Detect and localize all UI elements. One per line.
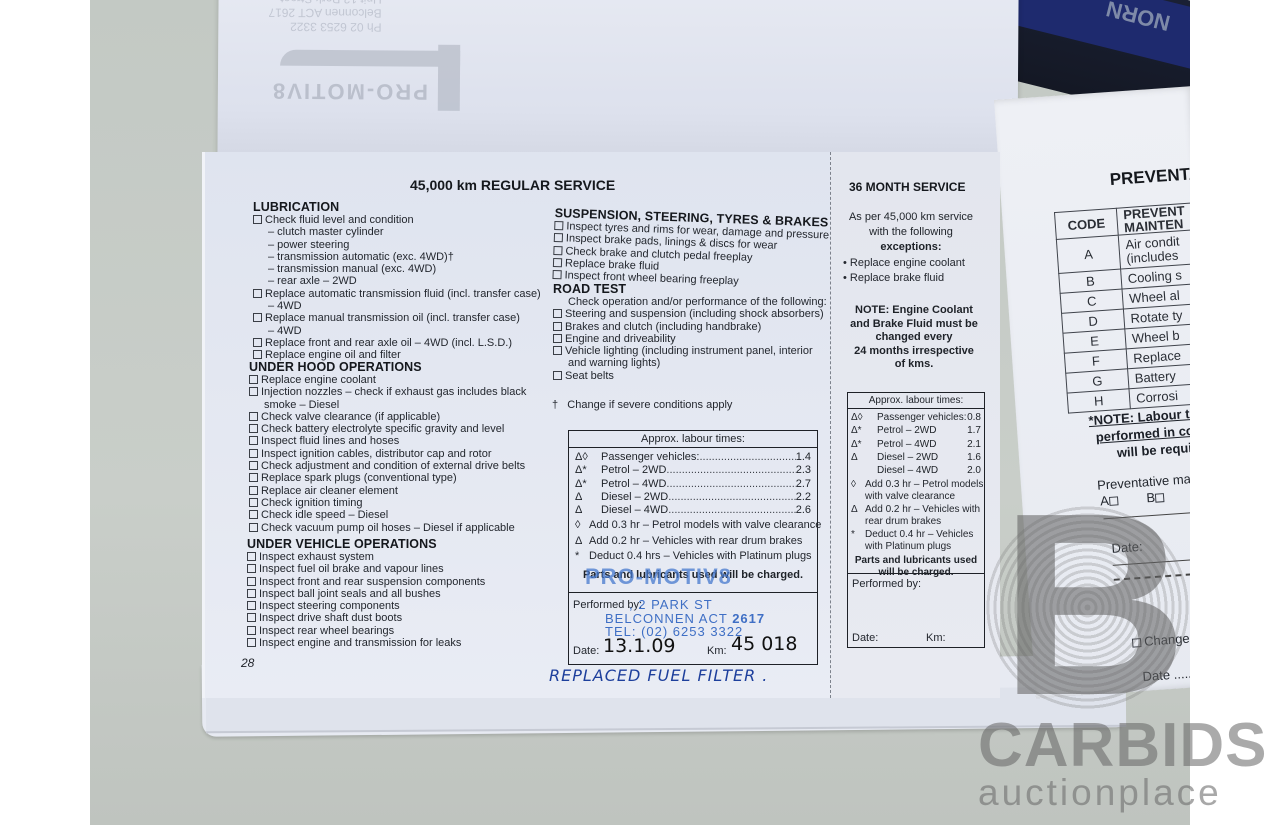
labour-row: Δ◊Passenger vehicles:1.4 [575, 451, 811, 464]
checkbox[interactable] [553, 322, 562, 331]
checklist-item-text: – rear axle – 2WD [268, 275, 357, 287]
checklist-item[interactable]: Inspect ball joint seals and all bushes [247, 588, 485, 600]
checklist-item[interactable]: Check battery electrolyte specific gravi… [249, 423, 526, 435]
labour-row: Diesel – 4WD2.0 [851, 464, 981, 477]
checklist-item-text: – power steering [268, 239, 349, 251]
date-label: Date: [573, 645, 599, 657]
checkbox[interactable] [553, 346, 562, 355]
watermark-letter: B [1000, 505, 1255, 710]
preventative-heading: PREVENTA [1109, 164, 1190, 190]
checklist-item-text: Inspect engine and transmission for leak… [259, 637, 461, 649]
labour-note: ◊Add 0.3 hr – Petrol modelswith valve cl… [851, 479, 981, 502]
checklist-item[interactable]: Replace manual transmission oil (incl. t… [253, 312, 541, 324]
checklist-item-text: – 4WD [268, 325, 302, 337]
checkbox[interactable] [553, 334, 562, 343]
checkbox[interactable] [552, 270, 561, 279]
checklist-item-text: Seat belts [565, 370, 614, 382]
checklist-item[interactable]: Vehicle lighting (including instrument p… [553, 345, 827, 357]
footnote: † Change if severe conditions apply [552, 399, 732, 411]
checklist-item-text: and warning lights) [568, 357, 660, 369]
checklist-item[interactable]: Engine and driveability [553, 333, 827, 345]
checklist-item[interactable]: Replace front and rear axle oil – 4WD (i… [253, 337, 541, 349]
checklist-item[interactable]: Steering and suspension (including shock… [553, 308, 827, 320]
checkbox[interactable] [247, 564, 256, 573]
labour-row: ΔDiesel – 4WD2.6 [575, 504, 811, 517]
road-test-section: ROAD TEST Check operation and/or perform… [553, 282, 827, 382]
km-label: Km: [926, 632, 946, 644]
checklist-item[interactable]: Inspect fluid lines and hoses [249, 435, 526, 447]
labour-row: Δ*Petrol – 4WD2.1 [851, 438, 981, 451]
suspension-section: SUSPENSION, STEERING, TYRES & BRAKES Ins… [552, 206, 829, 291]
checklist-item-text: – transmission automatic (exc. 4WD)† [268, 251, 454, 263]
checkbox[interactable] [553, 246, 562, 255]
checkbox[interactable] [249, 523, 258, 532]
checklist-item-text: Inspect fuel oil brake and vapour lines [259, 563, 444, 575]
checklist-item-text: Replace front and rear axle oil – 4WD (i… [265, 337, 512, 349]
checkbox[interactable] [553, 371, 562, 380]
checklist-item-text: Check valve clearance (if applicable) [261, 411, 440, 423]
checklist-item-text: Replace automatic transmission fluid (in… [265, 288, 541, 300]
under-hood-section: UNDER HOOD OPERATIONS Replace engine coo… [249, 360, 526, 534]
stamp-logo: PRO-MOTIV8 [585, 564, 732, 590]
labour-note: *NOTE: Labour tim performed in con will … [1088, 404, 1190, 463]
month36-labour-box: Approx. labour times: Δ◊Passenger vehicl… [847, 392, 985, 574]
checkbox[interactable] [247, 589, 256, 598]
labour-note: *Deduct 0.4 hr – Vehicleswith Platinum p… [851, 529, 981, 552]
checklist-item-text: Replace manual transmission oil (incl. t… [265, 312, 520, 324]
checklist-item: – transmission manual (exc. 4WD) [253, 263, 541, 275]
performed-label: Performed by: [852, 578, 921, 590]
checklist-item: – clutch master cylinder [253, 226, 541, 238]
checklist-item[interactable]: Check vacuum pump oil hoses – Diesel if … [249, 522, 526, 534]
watermark-tagline: auctionplace [978, 772, 1222, 814]
checklist-item[interactable]: Check valve clearance (if applicable) [249, 411, 526, 423]
labour-note: ◊Add 0.3 hr – Petrol models with valve c… [575, 519, 811, 532]
mirrored-logo: PRO-MOTIV8 [270, 40, 460, 111]
labour-heading: Approx. labour times: [569, 431, 817, 448]
checklist-item[interactable]: Check idle speed – Diesel [249, 509, 526, 521]
stamp-line1: , 2 PARK ST [629, 597, 713, 612]
checkbox[interactable] [247, 626, 256, 635]
checkbox[interactable] [249, 436, 258, 445]
col-preventative: PREVENTMAINTEN [1116, 199, 1190, 235]
month36-heading: 36 MONTH SERVICE [849, 180, 965, 194]
checkbox[interactable] [553, 258, 562, 267]
checklist-item-text: Replace engine coolant [261, 374, 376, 386]
checklist-item-text: smoke – Diesel [264, 399, 339, 411]
checklist-item[interactable]: Replace engine coolant [249, 374, 526, 386]
checklist-item[interactable]: Inspect engine and transmission for leak… [247, 637, 485, 649]
watermark-brand: CARBIDS [978, 710, 1267, 781]
checklist-item[interactable]: Inspect drive shaft dust boots [247, 612, 485, 624]
checklist-item-text: Check adjustment and condition of extern… [261, 460, 525, 472]
checkbox[interactable] [253, 289, 262, 298]
checkbox[interactable] [249, 387, 258, 396]
checklist-item[interactable]: Injection nozzles – check if exhaust gas… [249, 386, 526, 398]
checkbox[interactable] [249, 412, 258, 421]
checklist-item-text: Inspect ball joint seals and all bushes [259, 588, 441, 600]
left-page: 45,000 km REGULAR SERVICE LUBRICATION Ch… [202, 152, 842, 698]
checklist-item-text: Check idle speed – Diesel [261, 509, 388, 521]
checklist-item[interactable]: Inspect steering components [247, 600, 485, 612]
checkbox[interactable] [247, 577, 256, 586]
checklist-item-text: Replace spark plugs (conventional type) [261, 472, 457, 484]
lubrication-section: LUBRICATION Check fluid level and condit… [253, 200, 541, 362]
checklist-item-text: Engine and driveability [565, 333, 676, 345]
checkbox[interactable] [249, 424, 258, 433]
checklist-item-text: Inspect fluid lines and hoses [261, 435, 399, 447]
checkbox[interactable] [554, 233, 563, 242]
checklist-item: – transmission automatic (exc. 4WD)† [253, 251, 541, 263]
checklist-item[interactable]: Replace air cleaner element [249, 485, 526, 497]
month36-performed-box: Performed by: Date: Km: [847, 574, 985, 648]
checklist-item: and warning lights) [553, 357, 827, 369]
checkbox[interactable] [249, 375, 258, 384]
preventative-code-table: CODE PREVENTMAINTEN AAir condit(includes… [1054, 198, 1190, 413]
checkbox[interactable] [253, 215, 262, 224]
checkbox[interactable] [249, 498, 258, 507]
labour-row: Δ*Petrol – 2WD2.3 [575, 464, 811, 477]
km-label: Km: [707, 645, 727, 657]
checklist-item[interactable]: Inspect front and rear suspension compon… [247, 576, 485, 588]
under-hood-heading: UNDER HOOD OPERATIONS [249, 360, 526, 374]
road-test-heading: ROAD TEST [553, 282, 827, 296]
checklist-item-text: Vehicle lighting (including instrument p… [565, 345, 813, 357]
lubrication-heading: LUBRICATION [253, 200, 541, 214]
checkbox[interactable] [553, 309, 562, 318]
checklist-item-text: Check fluid level and condition [265, 214, 414, 226]
month36-intro: As per 45,000 km service with the follow… [841, 210, 981, 255]
checklist-item[interactable]: Check fluid level and condition [253, 214, 541, 226]
checklist-item-text: Check ignition timing [261, 497, 363, 509]
labour-note: ΔAdd 0.2 hr – Vehicles with rear drum br… [575, 535, 811, 548]
month36-note: NOTE: Engine Coolant and Brake Fluid mus… [839, 304, 989, 372]
date-value: 13.1.09 [603, 635, 676, 657]
checklist-item[interactable]: Replace automatic transmission fluid (in… [253, 288, 541, 300]
checklist-item: – 4WD [253, 325, 541, 337]
under-vehicle-section: UNDER VEHICLE OPERATIONS Inspect exhaust… [247, 537, 485, 649]
checkbox[interactable] [249, 510, 258, 519]
checklist-item-text: Check battery electrolyte specific gravi… [261, 423, 504, 435]
checkbox[interactable] [249, 449, 258, 458]
checklist-item-text: Steering and suspension (including shock… [565, 308, 824, 320]
checklist-item-text: Inspect rear wheel bearings [259, 625, 394, 637]
checkbox[interactable] [247, 601, 256, 610]
checklist-item-text: Inspect ignition cables, distributor cap… [261, 448, 492, 460]
checkbox[interactable] [253, 350, 262, 359]
checklist-item[interactable]: Seat belts [553, 370, 827, 382]
checklist-item-text: Inspect steering components [259, 600, 400, 612]
checklist-item[interactable]: Replace spark plugs (conventional type) [249, 472, 526, 484]
checklist-item-text: Inspect exhaust system [259, 551, 374, 563]
labour-row: ΔDiesel – 2WD2.2 [575, 491, 811, 504]
labour-row: ΔDiesel – 2WD1.6 [851, 451, 981, 464]
checklist-item-text: – 4WD [268, 300, 302, 312]
performed-by-box: Performed by: , 2 PARK ST BELCONNEN ACT … [568, 593, 818, 665]
labour-row: Δ*Petrol – 4WD2.7 [575, 478, 811, 491]
month36-bullets: • Replace engine coolant • Replace brake… [843, 256, 965, 286]
checklist-item[interactable]: Check adjustment and condition of extern… [249, 460, 526, 472]
checkbox[interactable] [253, 313, 262, 322]
checklist-item-text: Check vacuum pump oil hoses – Diesel if … [261, 522, 515, 534]
checklist-item-text: – transmission manual (exc. 4WD) [268, 263, 436, 275]
checklist-item: – rear axle – 2WD [253, 275, 541, 287]
checkbox[interactable] [249, 486, 258, 495]
checklist-item: smoke – Diesel [249, 399, 526, 411]
checkbox[interactable] [554, 221, 563, 230]
checklist-item[interactable]: Inspect fuel oil brake and vapour lines [247, 563, 485, 575]
checklist-item[interactable]: Inspect rear wheel bearings [247, 625, 485, 637]
checklist-item[interactable]: Inspect ignition cables, distributor cap… [249, 448, 526, 460]
checklist-item: – 4WD [253, 300, 541, 312]
road-test-intro: Check operation and/or performance of th… [553, 296, 827, 308]
labour-row: Δ*Petrol – 2WD1.7 [851, 424, 981, 437]
checklist-item[interactable]: Brakes and clutch (including handbrake) [553, 321, 827, 333]
labour-note: ΔAdd 0.2 hr – Vehicles withrear drum bra… [851, 504, 981, 527]
checklist-item-text: Brakes and clutch (including handbrake) [565, 321, 761, 333]
checkbox[interactable] [247, 638, 256, 647]
checklist-item-text: – clutch master cylinder [268, 226, 384, 238]
mid-page: 36 MONTH SERVICE As per 45,000 km servic… [830, 152, 1000, 698]
folded-invoice-sheet: Ph 02 6253 3322 Belconnen ACT 2617 Unit … [217, 0, 1018, 168]
checkbox[interactable] [253, 338, 262, 347]
under-vehicle-heading: UNDER VEHICLE OPERATIONS [247, 537, 485, 551]
checklist-item-text: Inspect front and rear suspension compon… [259, 576, 485, 588]
checkbox[interactable] [249, 461, 258, 470]
page-number: 28 [241, 656, 254, 670]
checklist-item-text: Inspect drive shaft dust boots [259, 612, 402, 624]
checkbox[interactable] [247, 552, 256, 561]
date-label: Date: [852, 632, 878, 644]
km-value: 45 018 [731, 633, 797, 655]
checkbox[interactable] [247, 613, 256, 622]
labour-note: *Deduct 0.4 hrs – Vehicles with Platinum… [575, 550, 811, 563]
labour-row: Δ◊Passenger vehicles:0.8 [851, 411, 981, 424]
mirrored-address: Ph 02 6253 3322 Belconnen ACT 2617 Unit … [268, 0, 381, 34]
checklist-item: – power steering [253, 239, 541, 251]
checklist-item[interactable]: Check ignition timing [249, 497, 526, 509]
checklist-item-text: Replace air cleaner element [261, 485, 398, 497]
checklist-item[interactable]: Inspect exhaust system [247, 551, 485, 563]
handwritten-note: REPLACED FUEL FILTER . [549, 666, 768, 685]
page-title: 45,000 km REGULAR SERVICE [410, 177, 615, 193]
checkbox[interactable] [249, 473, 258, 482]
checklist-item-text: Injection nozzles – check if exhaust gas… [261, 386, 526, 398]
